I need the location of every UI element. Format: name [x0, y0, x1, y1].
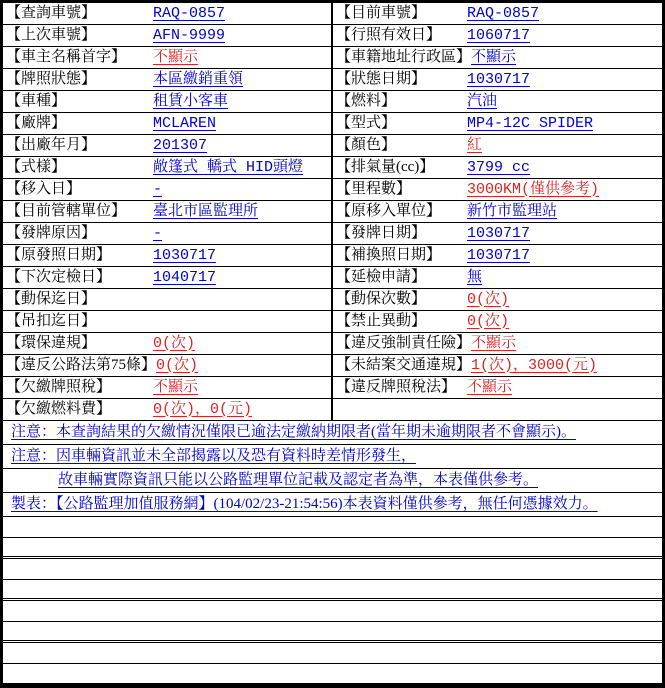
table-cell: 【狀態日期】1030717	[333, 69, 662, 90]
field-label: 【型式】	[333, 113, 467, 134]
field-label: 【上次車號】	[3, 25, 153, 46]
table-cell: 【廠牌】MCLAREN	[3, 113, 333, 134]
field-label: 【出廠年月】	[3, 135, 153, 156]
field-value: 1040717	[153, 268, 216, 288]
table-row: 【車種】租賃小客車【燃料】汽油	[3, 91, 662, 113]
table-row: 【吊扣迄日】【禁止異動】0(次)	[3, 311, 662, 333]
field-value: 0(次)	[156, 356, 198, 376]
table-cell	[333, 399, 662, 420]
field-value: 敞篷式 轎式 HID頭燈	[153, 158, 303, 178]
vehicle-registration-report: 【查詢車號】RAQ-0857【目前車號】RAQ-0857【上次車號】AFN-99…	[0, 0, 665, 688]
table-cell: 【補換照日期】1030717	[333, 245, 662, 266]
field-value: MP4-12C SPIDER	[467, 114, 593, 134]
field-value: 1030717	[467, 70, 530, 90]
table-row: 【車主名稱首字】不顯示【車籍地址行政區】不顯示	[3, 47, 662, 69]
field-label: 【補換照日期】	[333, 245, 467, 266]
field-label: 【車籍地址行政區】	[333, 47, 471, 68]
empty-row	[3, 664, 662, 683]
table-cell: 【未結案交通違規】1(次)，3000(元)	[333, 355, 662, 376]
field-label: 【廠牌】	[3, 113, 153, 134]
field-label: 【排氣量(cc)】	[333, 157, 467, 178]
table-cell: 【吊扣迄日】	[3, 311, 333, 332]
field-label: 【燃料】	[333, 91, 467, 112]
table-cell: 【車種】租賃小客車	[3, 91, 333, 112]
field-label: 【目前車號】	[333, 3, 467, 24]
field-value: 0(次)	[467, 312, 509, 332]
note-line: 注意：因車輛資訊並未全部揭露以及恐有資料時差情形發生，	[3, 445, 662, 469]
field-value: 1060717	[467, 26, 530, 46]
field-value: 3799 cc	[467, 158, 530, 178]
field-value: MCLAREN	[153, 114, 216, 134]
table-cell: 【欠繳牌照稅】不顯示	[3, 377, 333, 398]
table-cell: 【顏色】紅	[333, 135, 662, 156]
field-label: 【未結案交通違規】	[333, 355, 471, 376]
table-cell: 【排氣量(cc)】3799 cc	[333, 157, 662, 178]
table-cell: 【動保迄日】	[3, 289, 333, 310]
table-cell: 【目前管轄單位】臺北市區監理所	[3, 201, 333, 222]
field-label: 【移入日】	[3, 179, 153, 200]
table-row: 【查詢車號】RAQ-0857【目前車號】RAQ-0857	[3, 3, 662, 25]
table-cell: 【動保次數】0(次)	[333, 289, 662, 310]
field-value: 1(次)，3000(元)	[471, 356, 597, 376]
field-label: 【里程數】	[333, 179, 467, 200]
field-value: 汽油	[467, 92, 497, 112]
note-line: 故車輛實際資訊只能以公路監理單位記載及認定者為準，本表僅供參考。	[3, 469, 662, 493]
empty-row	[3, 643, 662, 664]
table-cell: 【延檢申請】無	[333, 267, 662, 288]
table-row: 【原發照日期】1030717【補換照日期】1030717	[3, 245, 662, 267]
field-value: 1030717	[467, 224, 530, 244]
table-row: 【環保違規】0(次)【違反強制責任險】不顯示	[3, 333, 662, 355]
table-cell: 【違反公路法第75條】0(次)	[3, 355, 333, 376]
field-value: 無	[467, 268, 482, 288]
field-label: 【顏色】	[333, 135, 467, 156]
table-cell: 【燃料】汽油	[333, 91, 662, 112]
field-label: 【下次定檢日】	[3, 267, 153, 288]
table-cell: 【原移入單位】新竹市監理站	[333, 201, 662, 222]
table-row: 【式樣】敞篷式 轎式 HID頭燈【排氣量(cc)】3799 cc	[3, 157, 662, 179]
field-label: 【行照有效日】	[333, 25, 467, 46]
table-row: 【出廠年月】201307【顏色】紅	[3, 135, 662, 157]
field-value: 0(次)	[467, 290, 509, 310]
field-value: -	[153, 180, 162, 200]
table-cell: 【牌照狀態】本區繳銷重領	[3, 69, 333, 90]
field-value: 臺北市區監理所	[153, 202, 258, 222]
table-cell: 【式樣】敞篷式 轎式 HID頭燈	[3, 157, 333, 178]
table-row: 【上次車號】AFN-9999【行照有效日】1060717	[3, 25, 662, 47]
table-row: 【廠牌】MCLAREN【型式】MP4-12C SPIDER	[3, 113, 662, 135]
empty-row	[3, 517, 662, 538]
field-value: 新竹市監理站	[467, 202, 557, 222]
field-value: 1030717	[467, 246, 530, 266]
field-value: AFN-9999	[153, 26, 225, 46]
table-row: 【目前管轄單位】臺北市區監理所【原移入單位】新竹市監理站	[3, 201, 662, 223]
field-label: 【環保違規】	[3, 333, 153, 354]
field-label: 【發牌日期】	[333, 223, 467, 244]
field-value: 不顯示	[153, 378, 198, 398]
table-row: 【違反公路法第75條】0(次)【未結案交通違規】1(次)，3000(元)	[3, 355, 662, 377]
report-footer: 製表：【公路監理加值服務網】(104/02/23-21:54:56)本表資料僅供…	[3, 493, 662, 517]
table-cell: 【欠繳燃料費】0(次)，0(元)	[3, 399, 333, 420]
table-cell: 【出廠年月】201307	[3, 135, 333, 156]
field-value: 不顯示	[467, 378, 512, 398]
empty-row	[3, 580, 662, 601]
table-cell: 【查詢車號】RAQ-0857	[3, 3, 333, 24]
field-label: 【欠繳牌照稅】	[3, 377, 153, 398]
empty-row	[3, 622, 662, 643]
empty-row	[3, 559, 662, 580]
table-cell: 【里程數】3000KM(僅供參考)	[333, 179, 662, 200]
field-value: 不顯示	[471, 334, 516, 354]
table-row: 【下次定檢日】1040717【延檢申請】無	[3, 267, 662, 289]
field-label: 【原移入單位】	[333, 201, 467, 222]
empty-rows	[3, 517, 662, 683]
field-label: 【發牌原因】	[3, 223, 153, 244]
data-rows: 【查詢車號】RAQ-0857【目前車號】RAQ-0857【上次車號】AFN-99…	[3, 3, 662, 421]
field-value: 0(次)	[153, 334, 195, 354]
table-cell: 【車籍地址行政區】不顯示	[333, 47, 662, 68]
field-value: 本區繳銷重領	[153, 70, 243, 90]
field-label: 【車主名稱首字】	[3, 47, 153, 68]
field-label: 【欠繳燃料費】	[3, 399, 153, 420]
field-label: 【吊扣迄日】	[3, 311, 153, 332]
field-label: 【原發照日期】	[3, 245, 153, 266]
field-value: -	[153, 224, 162, 244]
field-value: 租賃小客車	[153, 92, 228, 112]
table-cell: 【違反牌照稅法】不顯示	[333, 377, 662, 398]
table-cell: 【發牌日期】1030717	[333, 223, 662, 244]
table-cell: 【原發照日期】1030717	[3, 245, 333, 266]
field-label: 【狀態日期】	[333, 69, 467, 90]
field-value: 不顯示	[153, 48, 198, 68]
field-label: 【動保次數】	[333, 289, 467, 310]
table-cell: 【車主名稱首字】不顯示	[3, 47, 333, 68]
table-row: 【欠繳牌照稅】不顯示【違反牌照稅法】不顯示	[3, 377, 662, 399]
table-cell: 【環保違規】0(次)	[3, 333, 333, 354]
table-cell: 【發牌原因】-	[3, 223, 333, 244]
field-label: 【目前管轄單位】	[3, 201, 153, 222]
field-label: 【延檢申請】	[333, 267, 467, 288]
field-value: 1030717	[153, 246, 216, 266]
field-value: 3000KM(僅供參考)	[467, 180, 599, 200]
table-cell: 【型式】MP4-12C SPIDER	[333, 113, 662, 134]
field-value: 不顯示	[471, 48, 516, 68]
field-label: 【動保迄日】	[3, 289, 153, 310]
field-label: 【車種】	[3, 91, 153, 112]
table-cell: 【違反強制責任險】不顯示	[333, 333, 662, 354]
table-row: 【發牌原因】-【發牌日期】1030717	[3, 223, 662, 245]
table-row: 【動保迄日】【動保次數】0(次)	[3, 289, 662, 311]
table-row: 【牌照狀態】本區繳銷重領【狀態日期】1030717	[3, 69, 662, 91]
table-row: 【移入日】-【里程數】3000KM(僅供參考)	[3, 179, 662, 201]
field-value: RAQ-0857	[467, 4, 539, 24]
field-label: 【違反牌照稅法】	[333, 377, 467, 398]
field-value: RAQ-0857	[153, 4, 225, 24]
table-cell: 【下次定檢日】1040717	[3, 267, 333, 288]
field-value: 0(次)，0(元)	[153, 400, 252, 420]
field-label: 【牌照狀態】	[3, 69, 153, 90]
field-label: 【式樣】	[3, 157, 153, 178]
table-row: 【欠繳燃料費】0(次)，0(元)	[3, 399, 662, 421]
table-cell: 【移入日】-	[3, 179, 333, 200]
field-label: 【查詢車號】	[3, 3, 153, 24]
field-value: 201307	[153, 136, 207, 156]
field-label: 【違反強制責任險】	[333, 333, 471, 354]
table-cell: 【上次車號】AFN-9999	[3, 25, 333, 46]
table-cell: 【行照有效日】1060717	[333, 25, 662, 46]
table-cell: 【目前車號】RAQ-0857	[333, 3, 662, 24]
field-value: 紅	[467, 136, 482, 156]
field-label: 【違反公路法第75條】	[3, 355, 156, 376]
empty-row	[3, 538, 662, 559]
empty-row	[3, 601, 662, 622]
field-label: 【禁止異動】	[333, 311, 467, 332]
note-line: 注意：本查詢結果的欠繳情況僅限已逾法定繳納期限者(當年期未逾期限者不會顯示)。	[3, 421, 662, 445]
table-cell: 【禁止異動】0(次)	[333, 311, 662, 332]
